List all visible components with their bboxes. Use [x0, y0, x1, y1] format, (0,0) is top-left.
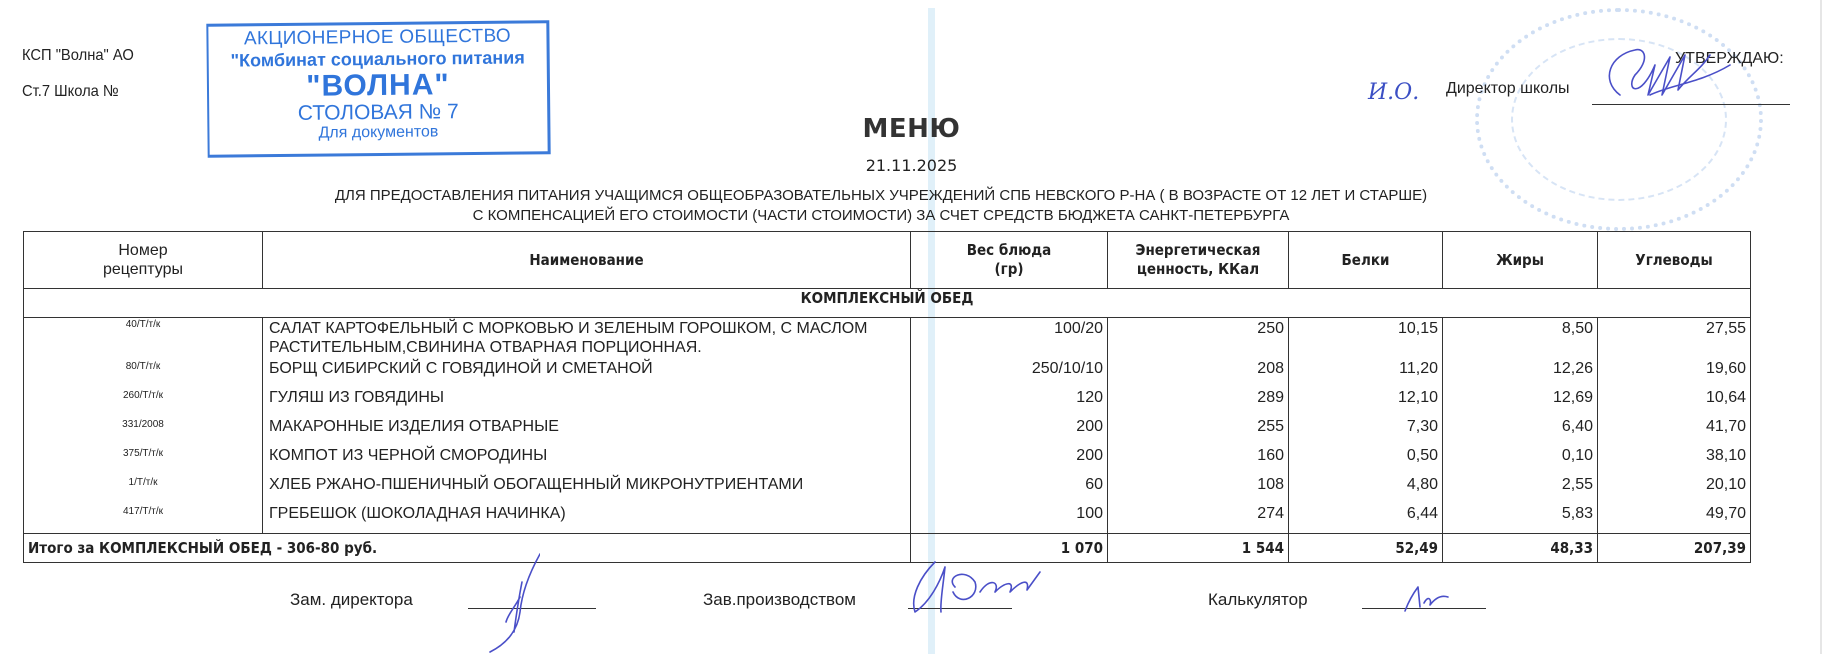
dish-name: МАКАРОННЫЕ ИЗДЕЛИЯ ОТВАРНЫЕ — [263, 417, 911, 446]
production-head-signature-icon — [905, 552, 1075, 622]
recipe-code: 40/Т/т/к — [24, 318, 263, 360]
table-row: 1/Т/т/кХЛЕБ РЖАНО-ПШЕНИЧНЫЙ ОБОГАЩЕННЫЙ … — [24, 475, 1751, 504]
dish-weight: 100 — [911, 504, 1108, 534]
dish-carbs: 20,10 — [1598, 475, 1751, 504]
col-header-fat: Жиры — [1443, 232, 1598, 289]
menu-date: 21.11.2025 — [0, 156, 1823, 175]
dish-carbs: 38,10 — [1598, 446, 1751, 475]
calculator-label: Калькулятор — [1208, 590, 1308, 610]
dish-fat: 5,83 — [1443, 504, 1598, 534]
total-protein: 52,49 — [1289, 534, 1443, 563]
dish-protein: 11,20 — [1289, 359, 1443, 388]
dish-carbs: 41,70 — [1598, 417, 1751, 446]
dish-name: САЛАТ КАРТОФЕЛЬНЫЙ С МОРКОВЬЮ И ЗЕЛЕНЫМ … — [263, 318, 911, 360]
dish-name: ХЛЕБ РЖАНО-ПШЕНИЧНЫЙ ОБОГАЩЕННЫЙ МИКРОНУ… — [263, 475, 911, 504]
dish-energy: 160 — [1108, 446, 1289, 475]
col-header-name: Наименование — [263, 232, 911, 289]
subtitle-line-2: С КОМПЕНСАЦИЕЙ ЕГО СТОИМОСТИ (ЧАСТИ СТОИ… — [260, 207, 1502, 224]
dish-weight: 100/20 — [911, 318, 1108, 360]
dish-energy: 208 — [1108, 359, 1289, 388]
col-header-energy: Энергетическая ценность, ККал — [1108, 232, 1289, 289]
subtitle-line-1: ДЛЯ ПРЕДОСТАВЛЕНИЯ ПИТАНИЯ УЧАЩИМСЯ ОБЩЕ… — [260, 187, 1502, 204]
total-fat: 48,33 — [1443, 534, 1598, 563]
dish-fat: 6,40 — [1443, 417, 1598, 446]
organization-name: КСП "Волна" АО — [22, 47, 134, 65]
recipe-code: 1/Т/т/к — [24, 475, 263, 504]
director-label: Директор школы — [1446, 80, 1570, 98]
dish-protein: 6,44 — [1289, 504, 1443, 534]
total-row: Итого за КОМПЛЕКСНЫЙ ОБЕД - 306-80 руб.1… — [24, 534, 1751, 563]
col-header-code-line1: Номер — [28, 241, 258, 260]
deputy-director-signature-icon — [470, 552, 540, 654]
dish-energy: 274 — [1108, 504, 1289, 534]
table-row: 331/2008МАКАРОННЫЕ ИЗДЕЛИЯ ОТВАРНЫЕ20025… — [24, 417, 1751, 446]
dish-energy: 250 — [1108, 318, 1289, 360]
dish-protein: 7,30 — [1289, 417, 1443, 446]
dish-name: БОРЩ СИБИРСКИЙ С ГОВЯДИНОЙ И СМЕТАНОЙ — [263, 359, 911, 388]
table-row: 40/Т/т/кСАЛАТ КАРТОФЕЛЬНЫЙ С МОРКОВЬЮ И … — [24, 318, 1751, 360]
col-header-code-line2: рецептуры — [28, 260, 258, 279]
dish-weight: 200 — [911, 417, 1108, 446]
dish-name: ГУЛЯШ ИЗ ГОВЯДИНЫ — [263, 388, 911, 417]
dish-weight: 60 — [911, 475, 1108, 504]
acting-mark: И.О. — [1368, 80, 1419, 105]
dish-energy: 289 — [1108, 388, 1289, 417]
table-row: 260/Т/т/кГУЛЯШ ИЗ ГОВЯДИНЫ12028912,1012,… — [24, 388, 1751, 417]
dish-carbs: 10,64 — [1598, 388, 1751, 417]
dish-weight: 200 — [911, 446, 1108, 475]
production-head-label: Зав.производством — [703, 590, 856, 610]
dish-name: ГРЕБЕШОК (ШОКОЛАДНАЯ НАЧИНКА) — [263, 504, 911, 534]
menu-table: Номер рецептуры Наименование Вес блюда (… — [23, 231, 1751, 563]
dish-energy: 108 — [1108, 475, 1289, 504]
col-header-code: Номер рецептуры — [24, 232, 263, 289]
dish-fat: 12,69 — [1443, 388, 1598, 417]
dish-carbs: 27,55 — [1598, 318, 1751, 360]
deputy-director-label: Зам. директора — [290, 590, 413, 610]
dish-protein: 10,15 — [1289, 318, 1443, 360]
col-header-carbs: Углеводы — [1598, 232, 1751, 289]
dish-fat: 8,50 — [1443, 318, 1598, 360]
section-title: КОМПЛЕКСНЫЙ ОБЕД — [24, 289, 1751, 318]
dish-protein: 4,80 — [1289, 475, 1443, 504]
page-title: МЕНЮ — [0, 114, 1823, 144]
scan-edge — [1820, 0, 1822, 654]
recipe-code: 260/Т/т/к — [24, 388, 263, 417]
col-header-energy-line2: ценность, ККал — [1112, 260, 1284, 279]
col-header-weight-line2: (гр) — [915, 260, 1103, 279]
dish-fat: 12,26 — [1443, 359, 1598, 388]
dish-protein: 0,50 — [1289, 446, 1443, 475]
calculator-signature-icon — [1400, 585, 1460, 615]
total-energy: 1 544 — [1108, 534, 1289, 563]
dish-weight: 250/10/10 — [911, 359, 1108, 388]
dish-name: КОМПОТ ИЗ ЧЕРНОЙ СМОРОДИНЫ — [263, 446, 911, 475]
col-header-weight-line1: Вес блюда — [915, 241, 1103, 260]
director-signature-icon — [1590, 35, 1740, 115]
school-line: Ст.7 Школа № — [22, 83, 119, 101]
dish-weight: 120 — [911, 388, 1108, 417]
dish-energy: 255 — [1108, 417, 1289, 446]
table-row: 80/Т/т/кБОРЩ СИБИРСКИЙ С ГОВЯДИНОЙ И СМЕ… — [24, 359, 1751, 388]
recipe-code: 80/Т/т/к — [24, 359, 263, 388]
table-row: 417/Т/т/кГРЕБЕШОК (ШОКОЛАДНАЯ НАЧИНКА)10… — [24, 504, 1751, 534]
recipe-code: 417/Т/т/к — [24, 504, 263, 534]
table-row: 375/Т/т/кКОМПОТ ИЗ ЧЕРНОЙ СМОРОДИНЫ20016… — [24, 446, 1751, 475]
col-header-weight: Вес блюда (гр) — [911, 232, 1108, 289]
recipe-code: 331/2008 — [24, 417, 263, 446]
col-header-protein: Белки — [1289, 232, 1443, 289]
dish-carbs: 19,60 — [1598, 359, 1751, 388]
col-header-energy-line1: Энергетическая — [1112, 241, 1284, 260]
total-label: Итого за КОМПЛЕКСНЫЙ ОБЕД - 306-80 руб. — [24, 534, 911, 563]
dish-fat: 0,10 — [1443, 446, 1598, 475]
total-carbs: 207,39 — [1598, 534, 1751, 563]
dish-carbs: 49,70 — [1598, 504, 1751, 534]
recipe-code: 375/Т/т/к — [24, 446, 263, 475]
table-header-row: Номер рецептуры Наименование Вес блюда (… — [24, 232, 1751, 289]
section-row: КОМПЛЕКСНЫЙ ОБЕД — [24, 289, 1751, 318]
dish-fat: 2,55 — [1443, 475, 1598, 504]
stamp-line-3: "ВОЛНА" — [209, 68, 547, 104]
dish-protein: 12,10 — [1289, 388, 1443, 417]
